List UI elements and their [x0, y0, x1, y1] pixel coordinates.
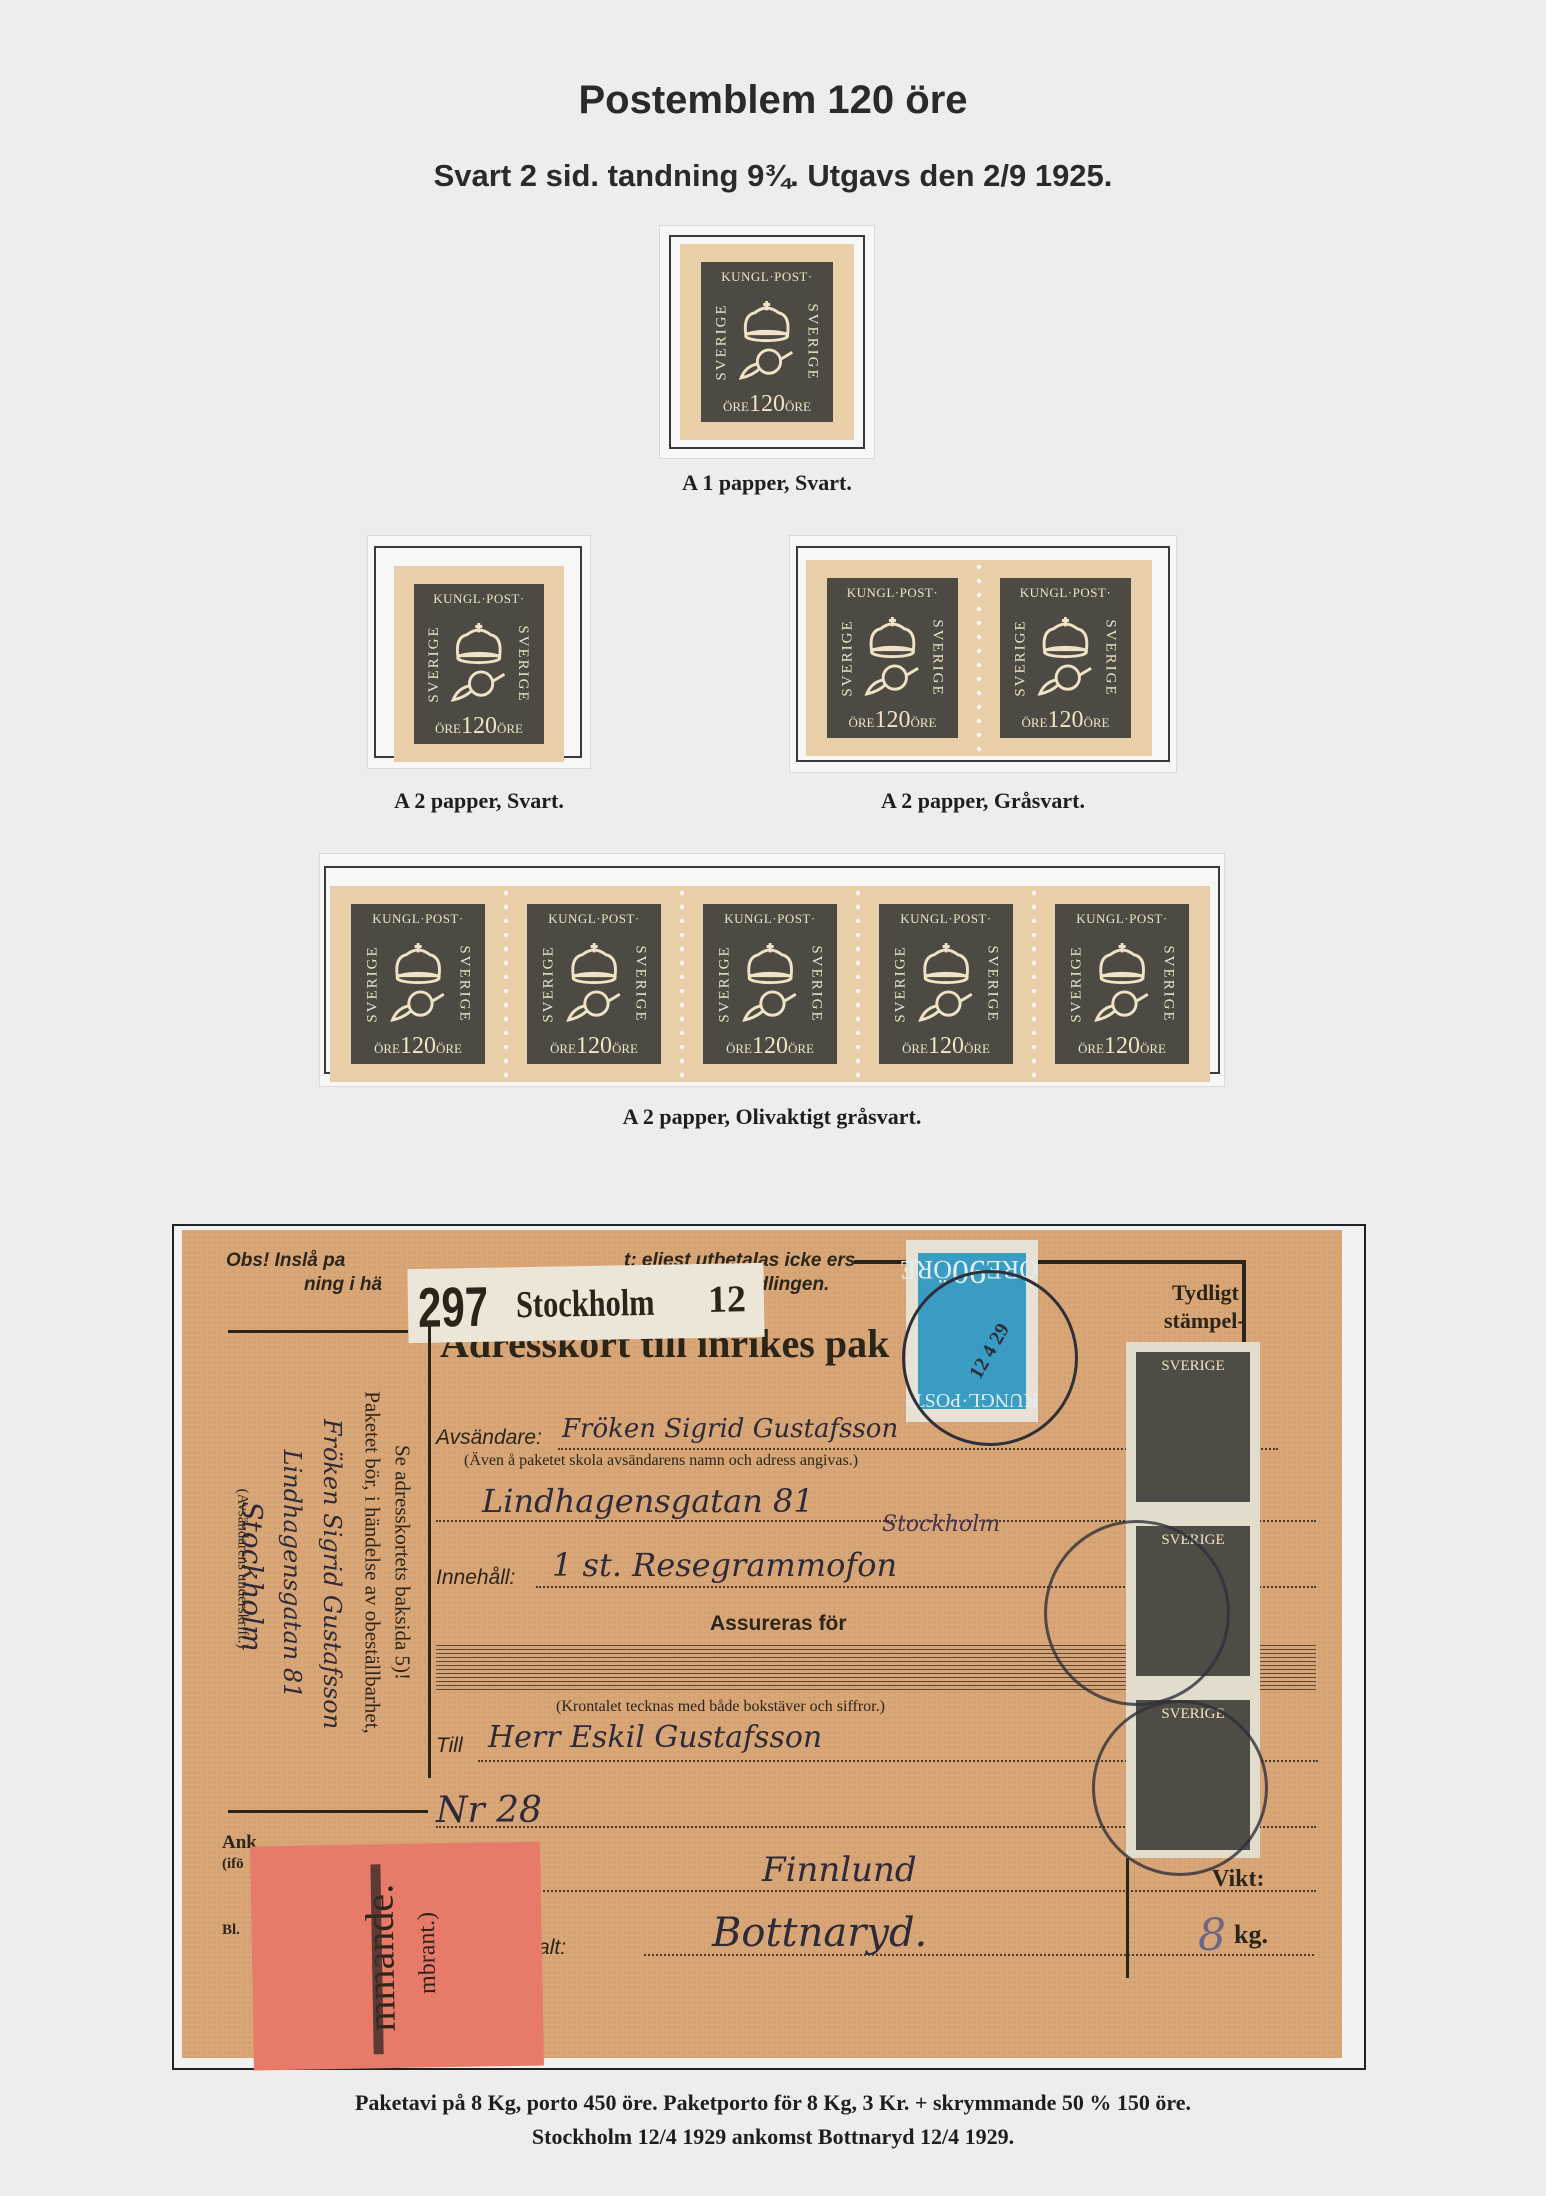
- stamp-side-text: SVERIGE: [930, 592, 945, 724]
- stamp-ink-field: KUNGL·POST·SVERIGESVERIGEÖRE120ÖRE: [701, 262, 833, 423]
- crown-posthorn-icon: [1082, 936, 1162, 1029]
- perforation: [503, 886, 509, 1082]
- sender-note: (Även å paketet skola avsändarens namn o…: [464, 1452, 858, 1470]
- stamp-box-label-2: stämpel-: [1164, 1308, 1245, 1334]
- sender-city: Stockholm: [882, 1512, 1000, 1537]
- stamp-value-text: ÖRE120ÖRE: [351, 1034, 485, 1058]
- stamp-value-text: ÖRE120ÖRE: [879, 1034, 1013, 1058]
- footer-line-1: Paketavi på 8 Kg, porto 450 öre. Paketpo…: [0, 2090, 1546, 2116]
- bulky-parcel-label: mmande. mbrant.): [250, 1841, 544, 2070]
- crown-posthorn-icon: [554, 936, 634, 1029]
- registration-label: 297 Stockholm 12: [407, 1263, 764, 1343]
- stamp-120-ore: KUNGL·POST·SVERIGESVERIGEÖRE120ÖRE: [979, 560, 1152, 756]
- exhibit-caption: A 2 papper, Olivaktigt gråsvart.: [320, 1104, 1224, 1130]
- stamp-ink-field: KUNGL·POST·SVERIGESVERIGEÖRE120ÖRE: [827, 578, 959, 739]
- stamp-value-text: ÖRE120ÖRE: [1000, 708, 1132, 732]
- crown-posthorn-icon: [730, 936, 810, 1029]
- crown-posthorn-icon: [906, 936, 986, 1029]
- side-handwriting-3: Stockholm: [236, 1347, 269, 1807]
- stamp-mount-a2-svart: KUNGL·POST·SVERIGESVERIGEÖRE120ÖRE: [368, 536, 590, 768]
- to-line-2: Nr 28: [436, 1790, 542, 1831]
- stamp-side-text: SVERIGE: [456, 917, 471, 1051]
- bl-label: Bl.: [222, 1922, 240, 1939]
- weight-unit: kg.: [1234, 1920, 1268, 1950]
- stamp-mount-a1: KUNGL·POST·SVERIGESVERIGEÖRE120ÖRE: [660, 226, 874, 458]
- stamp-mount-a2-olivaktigt: KUNGL·POST·SVERIGESVERIGEÖRE120ÖRE KUNGL…: [320, 854, 1224, 1086]
- stamp-side-text: SVERIGE: [632, 917, 647, 1051]
- rotated-stamp-text: SVERIGE: [1126, 1358, 1260, 1375]
- stamp-ink-field: KUNGL·POST·SVERIGESVERIGEÖRE120ÖRE: [1000, 578, 1132, 739]
- stamp-120-ore: KUNGL·POST·SVERIGESVERIGEÖRE120ÖRE: [858, 886, 1034, 1082]
- stamp-value-text: ÖRE120ÖRE: [827, 708, 959, 732]
- postmark: [1092, 1700, 1268, 1876]
- exhibit-caption: A 1 papper, Svart.: [660, 470, 874, 496]
- stamp-ink-field: KUNGL·POST·SVERIGESVERIGEÖRE120ÖRE: [351, 904, 485, 1065]
- side-instruction-1: Se adresskortets baksida 5)!: [390, 1333, 415, 1793]
- parcel-address-card: Obs! Inslå pa t; eljest utbetalas icke e…: [182, 1230, 1342, 2058]
- stamp-ink-field: KUNGL·POST·SVERIGESVERIGEÖRE120ÖRE: [703, 904, 837, 1065]
- notice-text-2: ning i hä: [304, 1274, 382, 1296]
- crown-posthorn-icon: [378, 936, 458, 1029]
- stamp-side-text: SVERIGE: [984, 917, 999, 1051]
- bulky-label-subtext: mbrant.): [413, 1853, 443, 2053]
- stamp-120-ore: KUNGL·POST·SVERIGESVERIGEÖRE120ÖRE: [680, 244, 854, 440]
- contents-value: 1 st. Resegrammofon: [552, 1546, 897, 1584]
- stamp-value-text: ÖRE120ÖRE: [527, 1034, 661, 1058]
- footer-line-2: Stockholm 12/4 1929 ankomst Bottnaryd 12…: [0, 2124, 1546, 2150]
- stamp-side-text: SVERIGE: [1160, 917, 1175, 1051]
- postmark: [1044, 1520, 1230, 1706]
- sender-value: Fröken Sigrid Gustafsson: [562, 1414, 898, 1444]
- perforation: [976, 560, 982, 756]
- label-office: Stockholm: [516, 1281, 655, 1327]
- insured-note: (Krontalet tecknas med både bokstäver oc…: [556, 1698, 885, 1716]
- stamp-mount-a2-grasvart: KUNGL·POST·SVERIGESVERIGEÖRE120ÖRE KUNGL…: [790, 536, 1176, 772]
- weight-value: 8: [1198, 1910, 1226, 1961]
- to-value: Herr Eskil Gustafsson: [488, 1720, 822, 1755]
- stamp-ink-field: KUNGL·POST·SVERIGESVERIGEÖRE120ÖRE: [414, 584, 543, 745]
- weight-label: Vikt:: [1212, 1866, 1264, 1893]
- stamp-side-text: SVERIGE: [808, 917, 823, 1051]
- stamp-box-label-1: Tydligt: [1172, 1280, 1239, 1306]
- notice-text-1: Obs! Inslå pa: [226, 1250, 345, 1272]
- stamp-side-text: SVERIGE: [804, 276, 819, 408]
- exhibit-caption: A 2 papper, Svart.: [368, 788, 590, 814]
- ank-sub-label: (ifö: [222, 1856, 244, 1873]
- stamp-value-text: ÖRE120ÖRE: [703, 1034, 837, 1058]
- stamp-value-text: ÖRE120ÖRE: [1055, 1034, 1189, 1058]
- stamp-ink-field: KUNGL·POST·SVERIGESVERIGEÖRE120ÖRE: [527, 904, 661, 1065]
- sender-label: Avsändare:: [436, 1426, 542, 1450]
- label-office-number: 12: [708, 1277, 747, 1322]
- stamp-120-ore: KUNGL·POST·SVERIGESVERIGEÖRE120ÖRE: [682, 886, 858, 1082]
- perforation: [855, 886, 861, 1082]
- page-title: Postemblem 120 öre: [0, 78, 1546, 123]
- stamp-120-ore: KUNGL·POST·SVERIGESVERIGEÖRE120ÖRE: [506, 886, 682, 1082]
- exhibit-caption: A 2 papper, Gråsvart.: [790, 788, 1176, 814]
- stamp-120-ore: KUNGL·POST·SVERIGESVERIGEÖRE120ÖRE: [806, 560, 979, 756]
- stamp-120-ore: KUNGL·POST·SVERIGESVERIGEÖRE120ÖRE: [330, 886, 506, 1082]
- stamp-ink-field: KUNGL·POST·SVERIGESVERIGEÖRE120ÖRE: [1055, 904, 1189, 1065]
- crown-posthorn-icon: [727, 294, 806, 387]
- crown-posthorn-icon: [853, 610, 932, 703]
- to-label: Till: [436, 1734, 463, 1758]
- sender-address: Lindhagensgatan 81: [482, 1482, 814, 1520]
- stamp-side-text: SVERIGE: [1103, 592, 1118, 724]
- crown-posthorn-icon: [1026, 610, 1105, 703]
- stamp-ink-field: KUNGL·POST·SVERIGESVERIGEÖRE120ÖRE: [879, 904, 1013, 1065]
- side-instruction-2: Paketet bör, i händelse av obeställbarhe…: [360, 1333, 385, 1793]
- to-line-3: Finnlund: [762, 1850, 917, 1890]
- page-subtitle: Svart 2 sid. tandning 9¾. Utgavs den 2/9…: [0, 158, 1546, 194]
- stamp-value-text: ÖRE120ÖRE: [414, 714, 543, 738]
- stamp-120-ore: KUNGL·POST·SVERIGESVERIGEÖRE120ÖRE: [394, 566, 564, 762]
- stamp-120-ore: KUNGL·POST·SVERIGESVERIGEÖRE120ÖRE: [1034, 886, 1210, 1082]
- side-handwriting-2: Lindhagensgatan 81: [278, 1344, 306, 1804]
- side-handwriting-1: Fröken Sigrid Gustafsson: [318, 1344, 346, 1804]
- crown-posthorn-icon: [440, 616, 518, 709]
- office-value: Bottnaryd.: [712, 1910, 927, 1956]
- stamp-value-text: ÖRE120ÖRE: [701, 392, 833, 416]
- contents-label: Innehåll:: [436, 1566, 515, 1590]
- perforation: [679, 886, 685, 1082]
- insured-label: Assureras för: [710, 1612, 847, 1636]
- perforation: [1031, 886, 1037, 1082]
